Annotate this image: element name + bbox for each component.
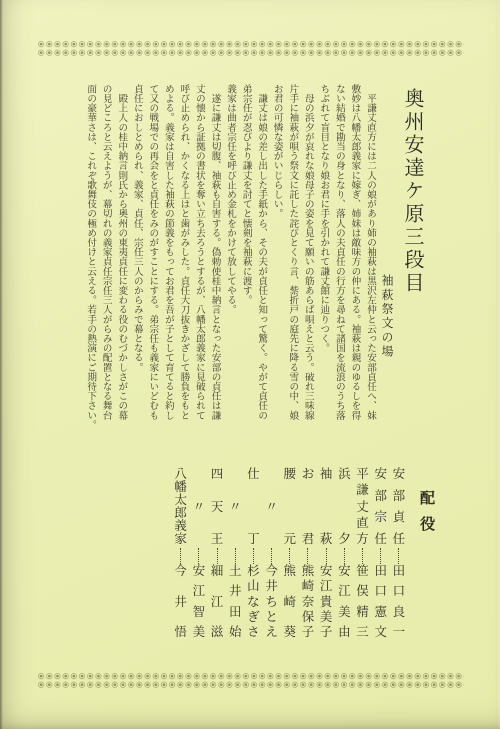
cast-entry: 〃今井ちとえ <box>263 468 281 639</box>
cast-dotted-leader <box>253 548 254 564</box>
cast-entry: 四天王細江滋 <box>208 468 226 639</box>
cast-role: 〃 <box>193 468 206 546</box>
cast-actor-name: 土井田始 <box>229 565 242 639</box>
cast-entry: お君熊崎奈保子 <box>299 468 317 639</box>
cast-dotted-leader <box>217 548 218 564</box>
cast-entry: 〃土井田始 <box>226 468 244 639</box>
scan-edge-shadow-left <box>0 0 3 729</box>
cast-role: 浜夕 <box>338 468 351 546</box>
cast-actor-name: 田口良一 <box>393 565 406 639</box>
ornament-border-bottom <box>37 672 464 689</box>
cast-entry: 八幡太郎義家今井悟 <box>172 468 190 639</box>
cast-actor-name: 今井ちとえ <box>265 565 278 639</box>
cast-actor-name: 杉山なぎさ <box>247 565 260 639</box>
cast-actor-name: 田口憲文 <box>374 565 387 639</box>
cast-entry: 〃安江智美 <box>190 468 208 639</box>
cast-role: 袖萩 <box>320 468 333 546</box>
cast-entry: 安部宗任田口憲文 <box>372 468 390 639</box>
cast-dotted-leader <box>380 548 381 564</box>
cast-actor-name: 笹俣精三 <box>356 565 369 639</box>
cast-dotted-leader <box>289 548 290 564</box>
cast-role: 安部貞任 <box>393 468 406 546</box>
ornament-border-top <box>37 40 464 57</box>
program-page: { "page": { "title": "奥州安達ケ原三段目", "subti… <box>0 0 500 729</box>
cast-dotted-leader <box>362 548 363 564</box>
cast-actor-name: 今井悟 <box>174 565 187 639</box>
cast-role: 〃 <box>229 468 242 546</box>
cast-dotted-leader <box>180 548 181 564</box>
cast-entry: 安部貞任田口良一 <box>390 468 408 639</box>
cast-entry: 袖萩安江貴美子 <box>317 468 335 639</box>
cast-role: 安部宗任 <box>374 468 387 546</box>
cast-entry: 浜夕安江美由 <box>335 468 353 639</box>
cast-entry: 平謙丈直方笹俣精三 <box>353 468 371 639</box>
cast-role: 腰元 <box>284 468 297 546</box>
page-title: 奥州安達ケ原三段目 <box>398 88 427 295</box>
cast-actor-name: 安江智美 <box>193 565 206 639</box>
cast-role: 〃 <box>265 468 278 546</box>
cast-role: 八幡太郎義家 <box>174 468 187 546</box>
page-subtitle: 袖萩祭文の場 <box>379 274 396 359</box>
cast-entry: 仕丁杉山なぎさ <box>244 468 262 639</box>
cast-dotted-leader <box>307 548 308 564</box>
cast-actor-name: 熊崎葵 <box>284 565 297 639</box>
cast-dotted-leader <box>344 548 345 564</box>
cast-dotted-leader <box>198 548 199 564</box>
cast-entry: 腰元熊崎葵 <box>281 468 299 639</box>
cast-list: 安部貞任田口良一安部宗任田口憲文平謙丈直方笹俣精三浜夕安江美由袖萩安江貴美子お君… <box>172 468 408 639</box>
cast-role: 仕丁 <box>247 468 260 546</box>
cast-actor-name: 安江美由 <box>338 565 351 639</box>
cast-dotted-leader <box>271 548 272 564</box>
cast-role: 四天王 <box>211 468 224 546</box>
cast-dotted-leader <box>235 548 236 564</box>
cast-actor-name: 安江貴美子 <box>320 565 333 639</box>
cast-heading: 配役 <box>416 490 437 542</box>
synopsis-text: 平謙丈直方には二人の娘があり姉の袖萩は黒沢左仲と云った安部貞任へ、妹 敷妙は八幡… <box>83 84 378 432</box>
cast-actor-name: 細江滋 <box>211 565 224 639</box>
cast-dotted-leader <box>326 548 327 564</box>
cast-role: お君 <box>302 468 315 546</box>
cast-role: 平謙丈直方 <box>356 468 369 546</box>
cast-actor-name: 熊崎奈保子 <box>302 565 315 639</box>
cast-dotted-leader <box>398 548 399 564</box>
